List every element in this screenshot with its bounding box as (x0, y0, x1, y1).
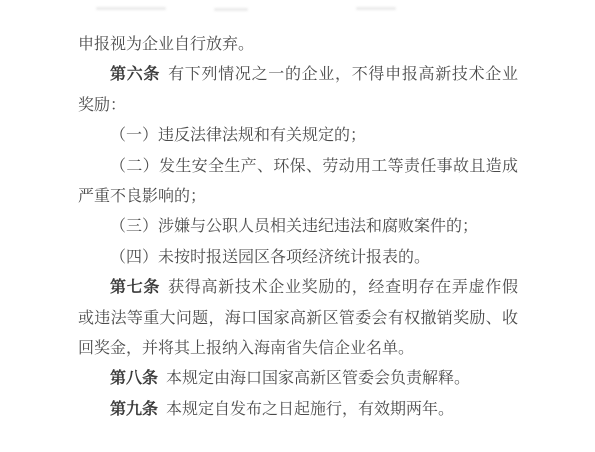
article-7-paragraph: 第七条获得高新技术企业奖励的，经查明存在弄虚作假或违法等重大问题，海口国家高新区… (78, 273, 518, 364)
paragraph-text: 本规定自发布之日起施行，有效期两年。 (166, 401, 454, 418)
article-6-label: 第六条 (110, 66, 160, 83)
clause-2-paragraph: （二）发生安全生产、环保、劳动用工等责任事故且造成严重不良影响的； (78, 152, 518, 213)
document-body: 申报视为企业自行放弃。 第六条有下列情况之一的企业，不得申报高新技术企业奖励： … (78, 30, 518, 425)
article-8-label: 第八条 (110, 370, 158, 387)
article-7-label: 第七条 (110, 279, 160, 296)
clause-4-paragraph: （四）未按时报送园区各项经济统计报表的。 (78, 243, 518, 273)
document-page: 申报视为企业自行放弃。 第六条有下列情况之一的企业，不得申报高新技术企业奖励： … (0, 0, 595, 452)
scan-artifact (356, 7, 396, 10)
paragraph-text: 申报视为企业自行放弃。 (78, 36, 254, 53)
article-9-paragraph: 第九条本规定自发布之日起施行，有效期两年。 (78, 395, 518, 425)
paragraph-text: （四）未按时报送园区各项经济统计报表的。 (110, 249, 430, 266)
paragraph-text: （一）违反法律法规和有关规定的； (110, 127, 366, 144)
scan-artifact (214, 8, 248, 11)
paragraph-continuation: 申报视为企业自行放弃。 (78, 30, 518, 60)
clause-1-paragraph: （一）违反法律法规和有关规定的； (78, 121, 518, 151)
paragraph-text: 本规定由海口国家高新区管委会负责解释。 (166, 370, 470, 387)
article-8-paragraph: 第八条本规定由海口国家高新区管委会负责解释。 (78, 364, 518, 394)
article-9-label: 第九条 (110, 401, 158, 418)
clause-3-paragraph: （三）涉嫌与公职人员相关违纪违法和腐败案件的； (78, 212, 518, 242)
scan-artifact (96, 7, 166, 10)
paragraph-text: （二）发生安全生产、环保、劳动用工等责任事故且造成严重不良影响的； (78, 158, 518, 205)
paragraph-text: （三）涉嫌与公职人员相关违纪违法和腐败案件的； (110, 218, 478, 235)
article-6-paragraph: 第六条有下列情况之一的企业，不得申报高新技术企业奖励： (78, 60, 518, 121)
